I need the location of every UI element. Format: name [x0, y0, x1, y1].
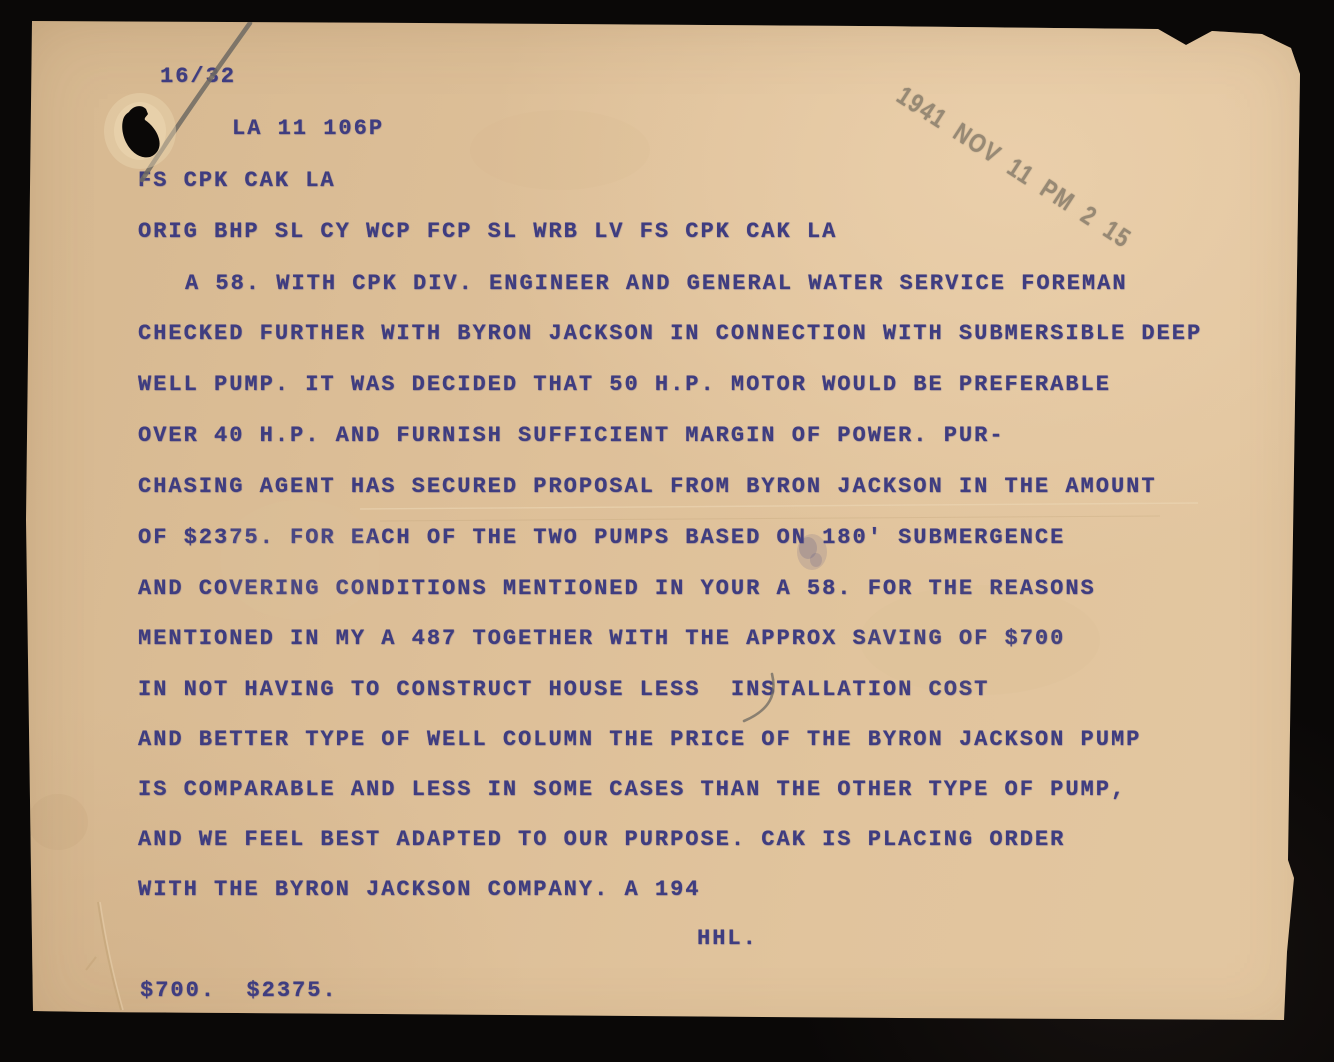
routing-line: ORIG BHP SL CY WCP FCP SL WRB LV FS CPK … — [138, 219, 837, 244]
scratch-line — [360, 503, 1198, 509]
body-line: IS COMPARABLE AND LESS IN SOME CASES THA… — [138, 777, 1126, 802]
body-line: WELL PUMP. IT WAS DECIDED THAT 50 H.P. M… — [138, 372, 1111, 397]
body-line: WITH THE BYRON JACKSON COMPANY. A 194 — [138, 877, 700, 902]
received-date-stamp: 1941 NOV 11 PM 2 15 — [891, 80, 1137, 255]
body-line: MENTIONED IN MY A 487 TOGETHER WITH THE … — [138, 626, 1065, 651]
station-line: FS CPK CAK LA — [138, 168, 336, 193]
punch-hole-emboss — [104, 93, 176, 169]
aging-blotches — [220, 110, 1100, 695]
amounts-note: $700. $2375. — [140, 978, 338, 1003]
telegram-sheet: 16/32 LA 11 106P FS CPK CAK LA ORIG BHP … — [0, 0, 1334, 1062]
scratch-line — [380, 516, 1160, 521]
body-line: OF $2375. FOR EACH OF THE TWO PUMPS BASE… — [138, 525, 1065, 550]
body-line: CHASING AGENT HAS SECURED PROPOSAL FROM … — [138, 474, 1157, 499]
margin-smudge — [28, 794, 88, 850]
body-line: AND WE FEEL BEST ADAPTED TO OUR PURPOSE.… — [138, 827, 1065, 852]
paper-crease — [86, 902, 123, 1010]
body-line: A 58. WITH CPK DIV. ENGINEER AND GENERAL… — [185, 271, 1128, 296]
signature-initials: HHL. — [697, 926, 758, 951]
punch-hole — [122, 106, 159, 157]
body-line: OVER 40 H.P. AND FURNISH SUFFICIENT MARG… — [138, 423, 1005, 448]
pencil-slash-mark — [142, 23, 250, 180]
scan-background: 16/32 LA 11 106P FS CPK CAK LA ORIG BHP … — [0, 0, 1334, 1062]
body-line: IN NOT HAVING TO CONSTRUCT HOUSE LESS IN… — [138, 677, 989, 702]
body-line: AND BETTER TYPE OF WELL COLUMN THE PRICE… — [138, 727, 1141, 752]
body-line: AND COVERING CONDITIONS MENTIONED IN YOU… — [138, 576, 1096, 601]
message-number: 16/32 — [160, 64, 236, 89]
time-line: LA 11 106P — [232, 116, 384, 141]
body-line: CHECKED FURTHER WITH BYRON JACKSON IN CO… — [138, 321, 1202, 346]
